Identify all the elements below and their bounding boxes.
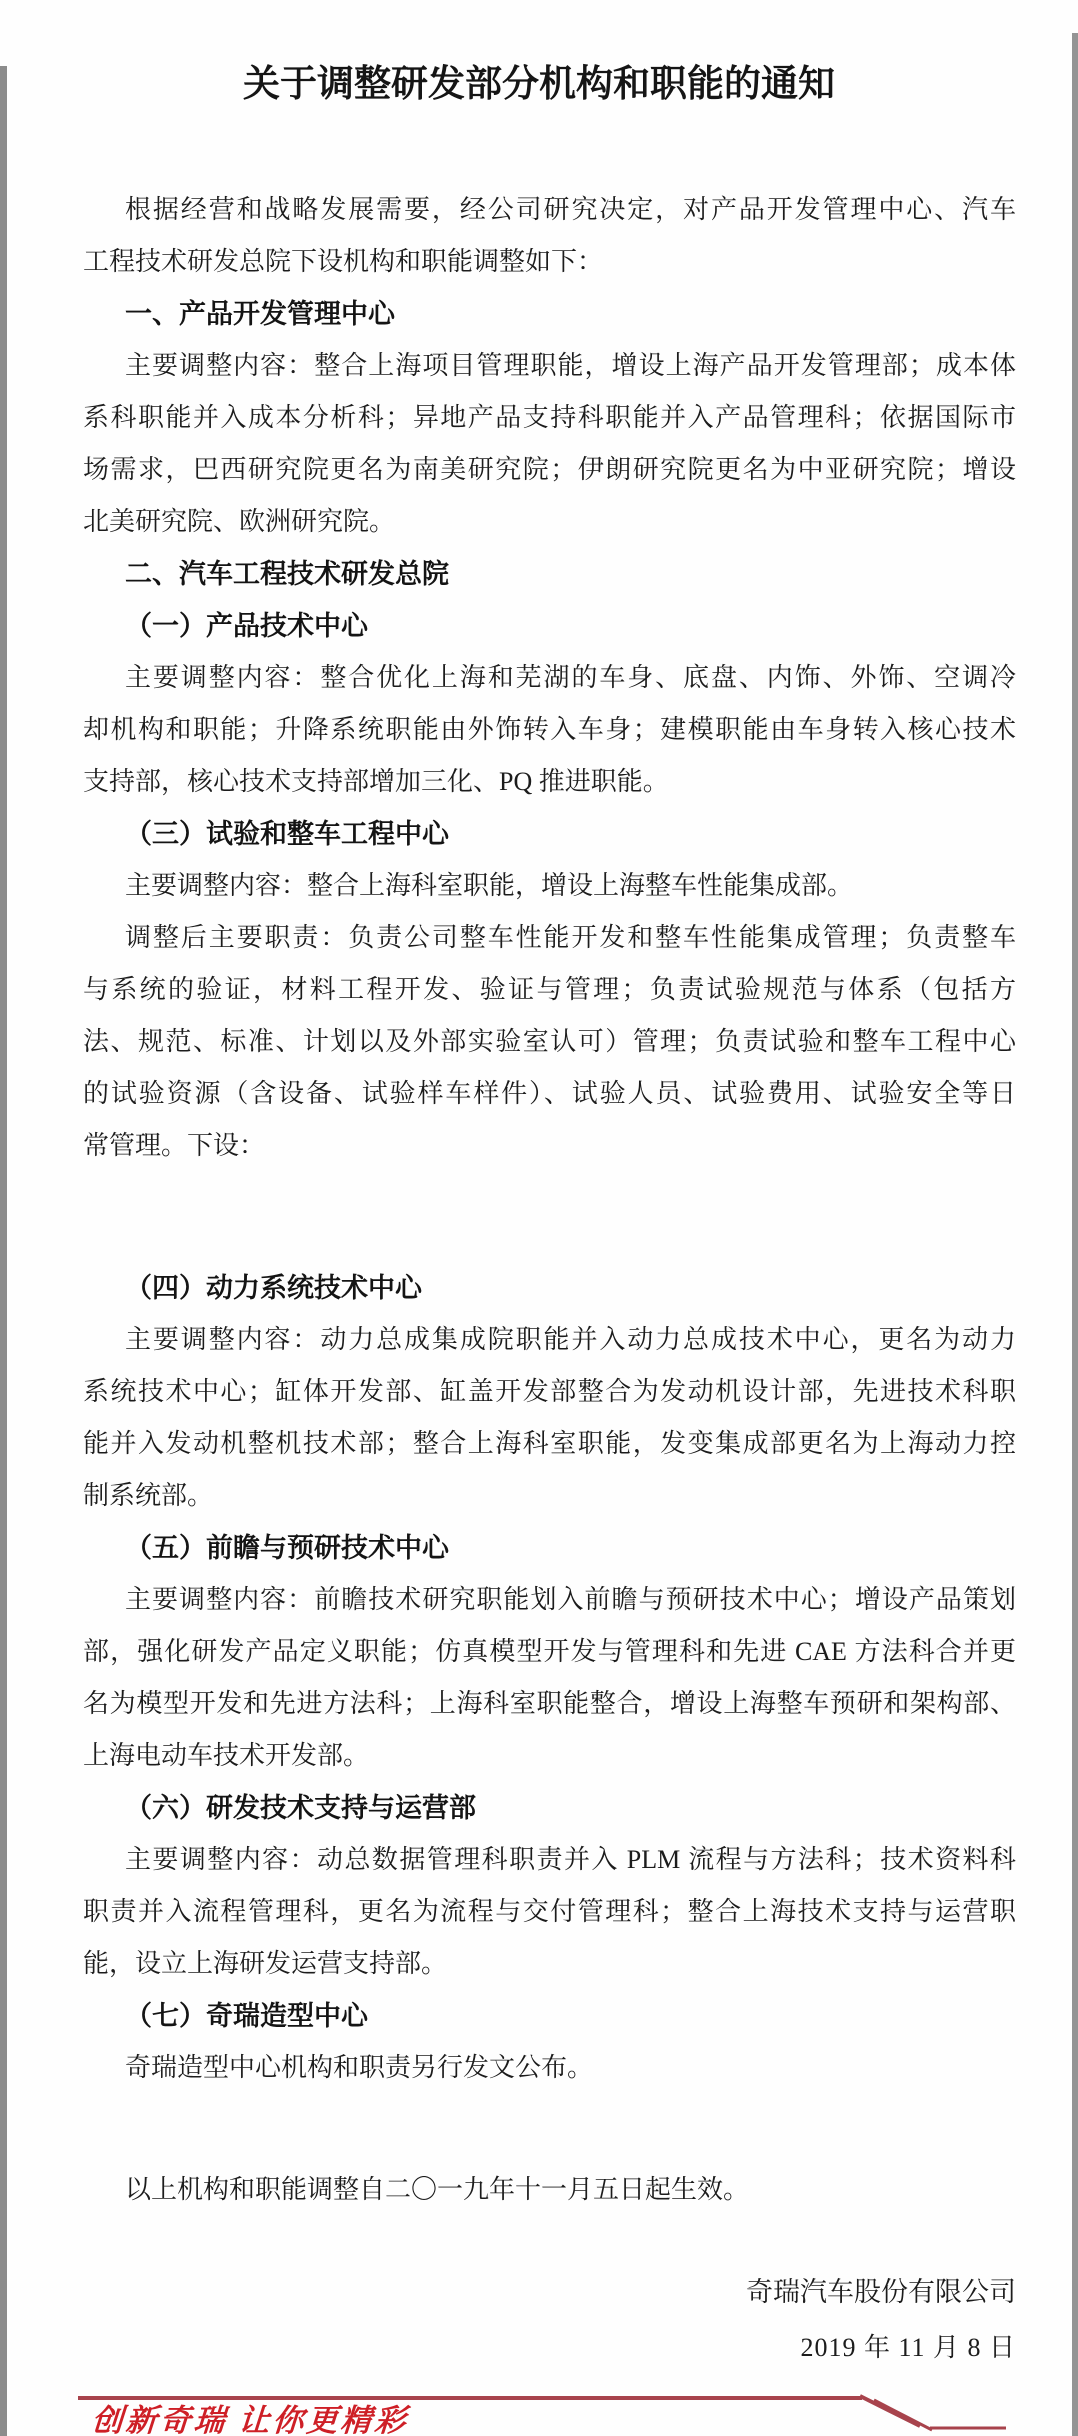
paragraph-line: 工程技术研发总院下设机构和职能调整如下： [83,236,1016,288]
paragraph-line: 部，强化研发产品定义职能；仿真模型开发与管理科和先进 CAE 方法科合并更 [83,1626,1016,1678]
company-name: 奇瑞汽车股份有限公司 [83,2266,1016,2318]
paragraph-line: 制系统部。 [83,1470,1016,1522]
paragraph-line: 主要调整内容：整合上海科室职能，增设上海整车性能集成部。 [83,860,1016,912]
paragraph-line: 法、规范、标准、计划以及外部实验室认可）管理；负责试验和整车工程中心 [83,1016,1016,1068]
section-heading: 一、产品开发管理中心 [83,288,1016,340]
scan-edge-left [0,66,7,2436]
paragraph-line: 主要调整内容：前瞻技术研究职能划入前瞻与预研技术中心；增设产品策划 [83,1574,1016,1626]
paragraph-line: 调整后主要职责：负责公司整车性能开发和整车性能集成管理；负责整车 [83,912,1016,964]
paragraph: 根据经营和战略发展需要，经公司研究决定，对产品开发管理中心、汽车工程技术研发总院… [83,184,1016,288]
vertical-spacer [83,1172,1016,1262]
paragraph: 主要调整内容：前瞻技术研究职能划入前瞻与预研技术中心；增设产品策划部，强化研发产… [83,1574,1016,1782]
vertical-spacer [83,2094,1016,2164]
paragraph-line: 主要调整内容：整合优化上海和芜湖的车身、底盘、内饰、外饰、空调冷 [83,652,1016,704]
paragraph: 主要调整内容：动力总成集成院职能并入动力总成技术中心，更名为动力系统技术中心；缸… [83,1314,1016,1522]
paragraph-line: 主要调整内容：整合上海项目管理职能，增设上海产品开发管理部；成本体 [83,340,1016,392]
paragraph-line: 的试验资源（含设备、试验样车样件）、试验人员、试验费用、试验安全等日 [83,1068,1016,1120]
paragraph: 主要调整内容：整合上海科室职能，增设上海整车性能集成部。 [83,860,1016,912]
paragraph: 奇瑞造型中心机构和职责另行发文公布。 [83,2042,1016,2094]
paragraph-line: 与系统的验证，材料工程开发、验证与管理；负责试验规范与体系（包括方 [83,964,1016,1016]
brand-slogan: 创新奇瑞 让你更精彩 [90,2395,410,2436]
paragraph: 主要调整内容：整合上海项目管理职能，增设上海产品开发管理部；成本体系科职能并入成… [83,340,1016,548]
section-heading: （五）前瞻与预研技术中心 [83,1522,1016,1574]
paragraph-line: 以上机构和职能调整自二〇一九年十一月五日起生效。 [83,2164,1016,2216]
document-body: 根据经营和战略发展需要，经公司研究决定，对产品开发管理中心、汽车工程技术研发总院… [83,184,1016,2374]
paragraph-line: 北美研究院、欧洲研究院。 [83,496,1016,548]
issue-date: 2019 年 11 月 8 日 [83,2322,1016,2374]
paragraph-line: 名为模型开发和先进方法科；上海科室职能整合，增设上海整车预研和架构部、 [83,1678,1016,1730]
paragraph-line: 场需求，巴西研究院更名为南美研究院；伊朗研究院更名为中亚研究院；增设 [83,444,1016,496]
paragraph-line: 系统技术中心；缸体开发部、缸盖开发部整合为发动机设计部，先进技术科职 [83,1366,1016,1418]
paragraph-line: 能并入发动机整机技术部；整合上海科室职能，发变集成部更名为上海动力控 [83,1418,1016,1470]
section-heading: （七）奇瑞造型中心 [83,1990,1016,2042]
paragraph-line: 却机构和职能；升降系统职能由外饰转入车身；建模职能由车身转入核心技术 [83,704,1016,756]
paragraph-line: 主要调整内容：动力总成集成院职能并入动力总成技术中心，更名为动力 [83,1314,1016,1366]
signature-block: 奇瑞汽车股份有限公司2019 年 11 月 8 日 [83,2266,1016,2374]
scan-edge-right [1072,33,1078,2436]
paragraph-line: 支持部，核心技术支持部增加三化、PQ 推进职能。 [83,756,1016,808]
paragraph-line: 职责并入流程管理科，更名为流程与交付管理科；整合上海技术支持与运营职 [83,1886,1016,1938]
page-title: 关于调整研发部分机构和职能的通知 [0,0,1078,110]
paragraph-line: 系科职能并入成本分析科；异地产品支持科职能并入产品管理科；依据国际市 [83,392,1016,444]
section-heading: （四）动力系统技术中心 [83,1262,1016,1314]
section-heading: （六）研发技术支持与运营部 [83,1782,1016,1834]
section-heading: （一）产品技术中心 [83,600,1016,652]
paragraph: 主要调整内容：整合优化上海和芜湖的车身、底盘、内饰、外饰、空调冷却机构和职能；升… [83,652,1016,808]
paragraph-line: 主要调整内容：动总数据管理科职责并入 PLM 流程与方法科；技术资料科 [83,1834,1016,1886]
document-page: 关于调整研发部分机构和职能的通知 根据经营和战略发展需要，经公司研究决定，对产品… [0,0,1078,2436]
paragraph-line: 能，设立上海研发运营支持部。 [83,1938,1016,1990]
paragraph-line: 常管理。下设： [83,1120,1016,1172]
paragraph-line: 上海电动车技术开发部。 [83,1730,1016,1782]
paragraph: 调整后主要职责：负责公司整车性能开发和整车性能集成管理；负责整车与系统的验证，材… [83,912,1016,1172]
paragraph-line: 奇瑞造型中心机构和职责另行发文公布。 [83,2042,1016,2094]
paragraph: 以上机构和职能调整自二〇一九年十一月五日起生效。 [83,2164,1016,2216]
paragraph: 主要调整内容：动总数据管理科职责并入 PLM 流程与方法科；技术资料科职责并入流… [83,1834,1016,1990]
section-heading: 二、汽车工程技术研发总院 [83,548,1016,600]
paragraph-line: 根据经营和战略发展需要，经公司研究决定，对产品开发管理中心、汽车 [83,184,1016,236]
section-heading: （三）试验和整车工程中心 [83,808,1016,860]
